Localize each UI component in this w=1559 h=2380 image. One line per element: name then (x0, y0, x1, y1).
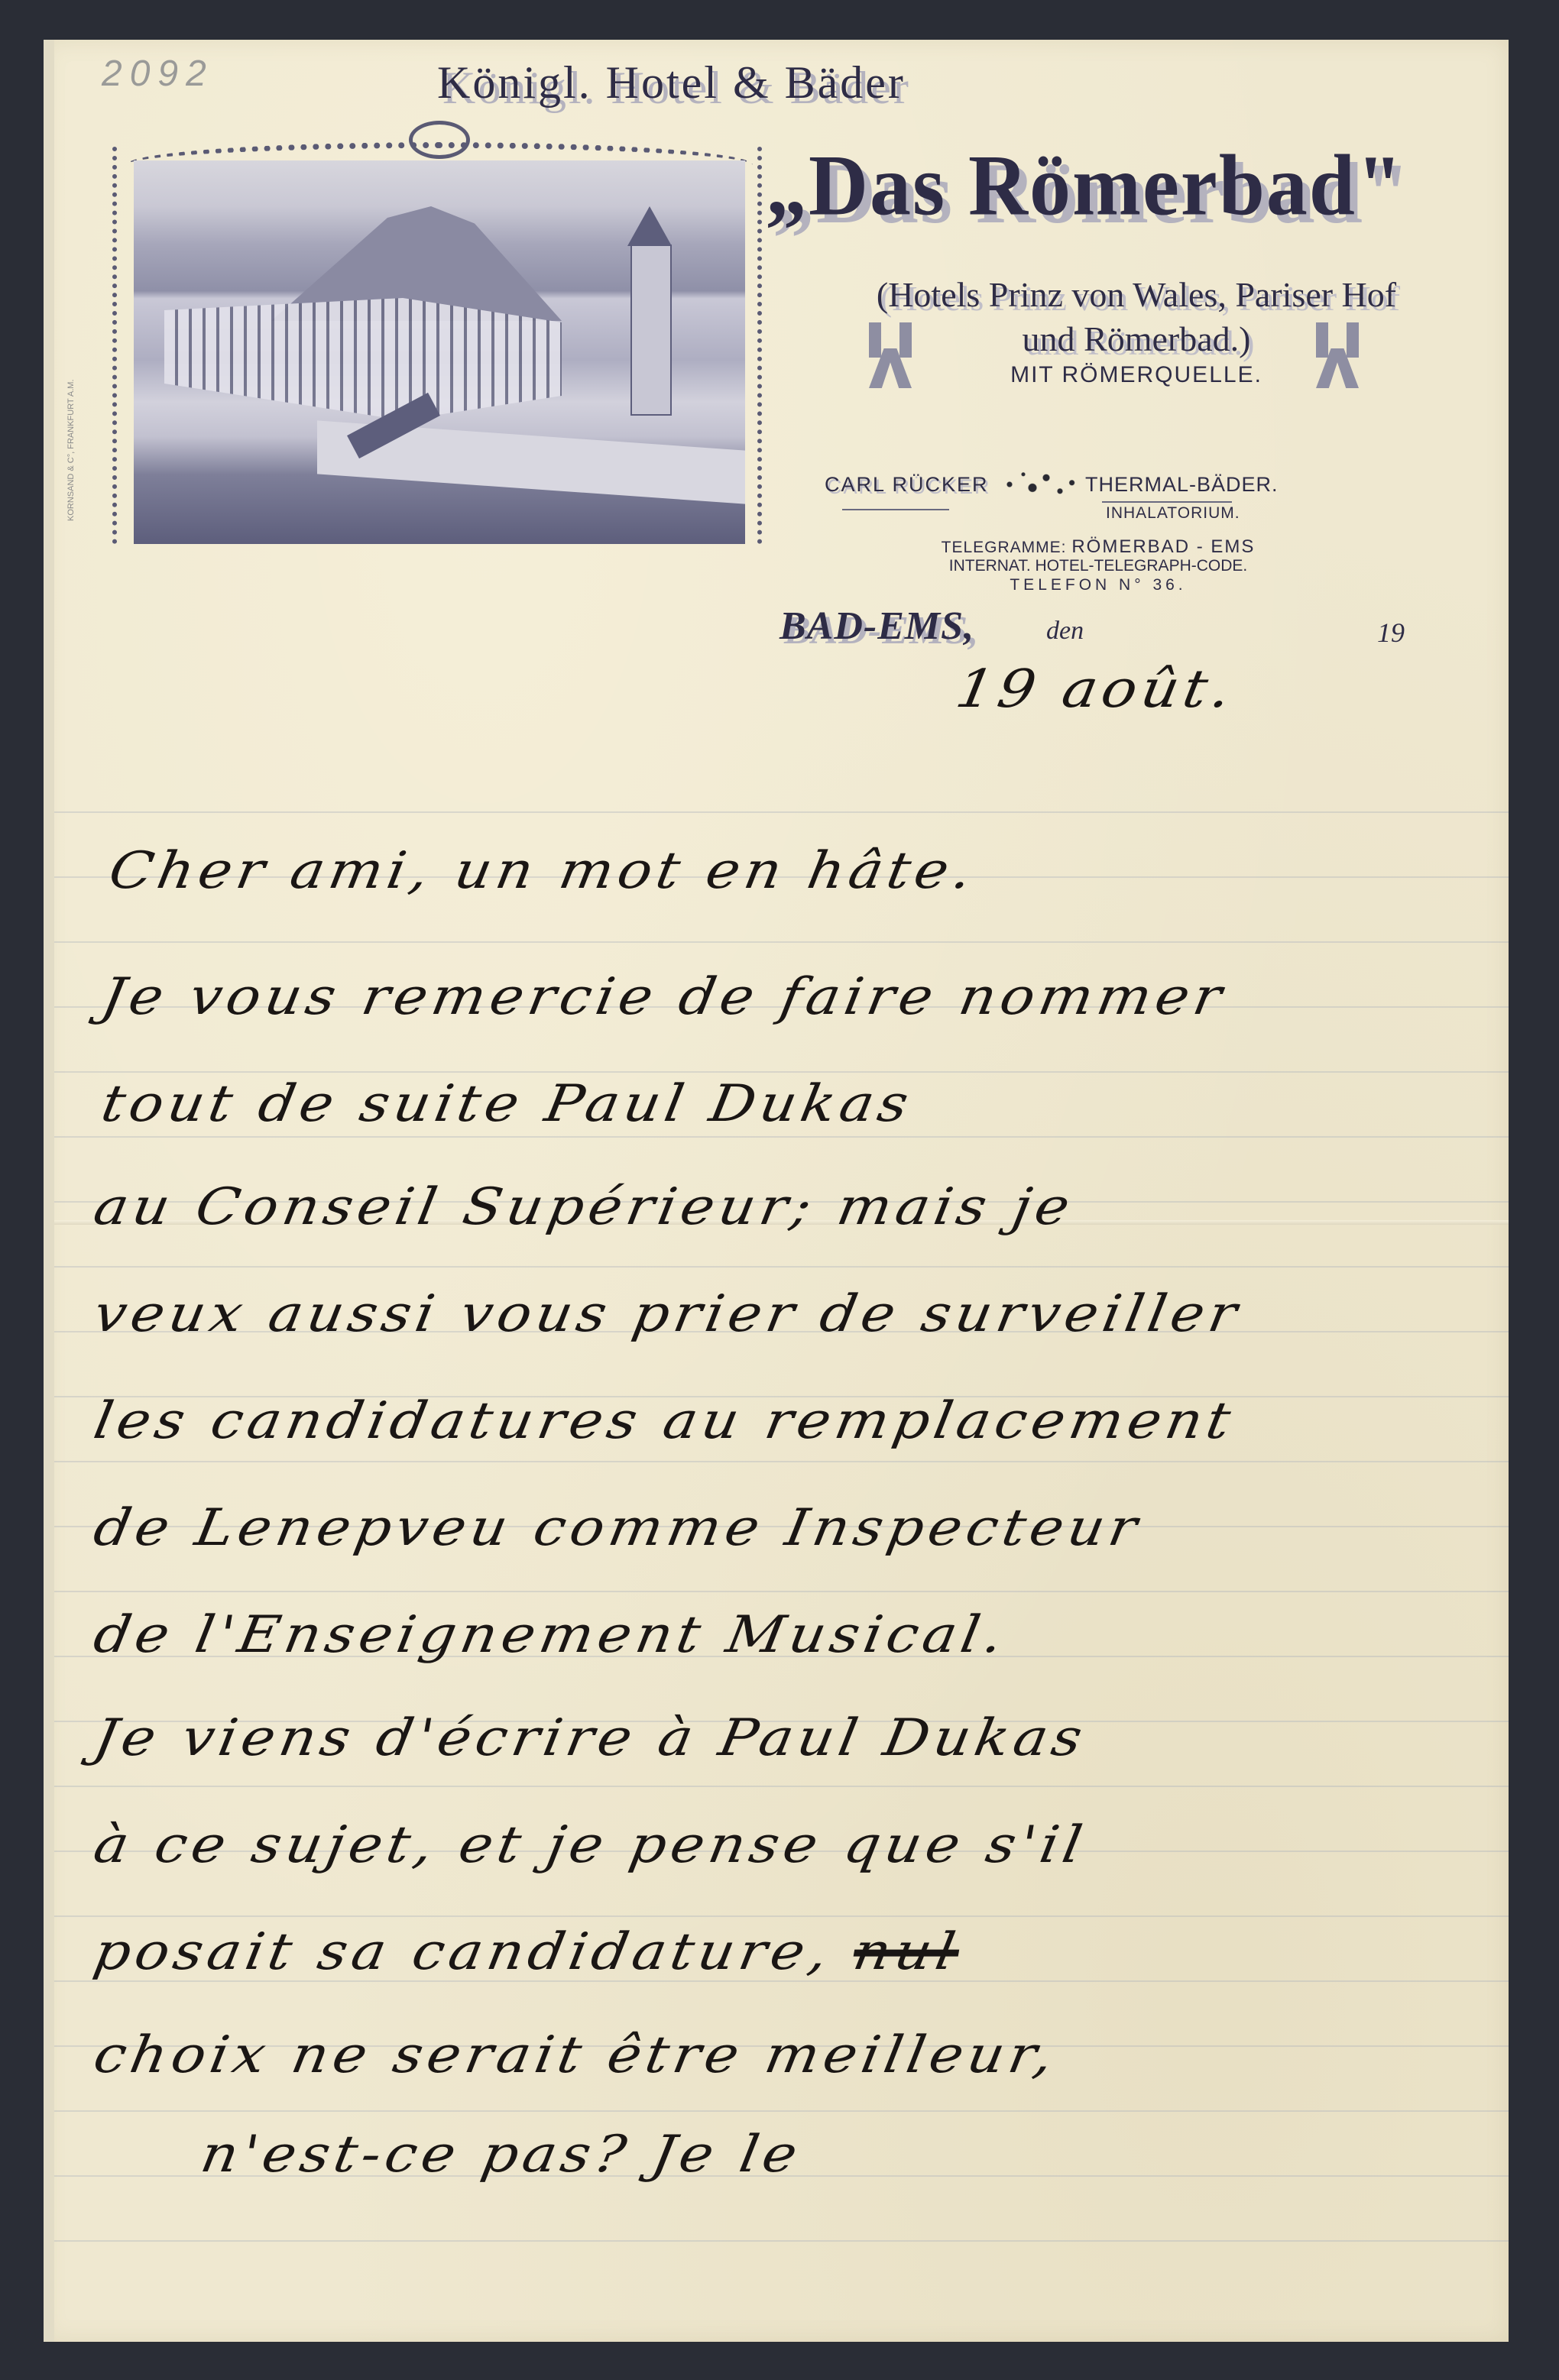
tower-roof-illustration (627, 206, 672, 246)
letterhead-telefon: TELEFON N° 36. (884, 576, 1312, 594)
printer-mark: KORNSAND & C°, FRANKFURT A.M. (66, 322, 76, 521)
letter-date: 19 août. (951, 658, 1240, 719)
telegramme-value: RÖMERBAD - EMS (1071, 536, 1255, 557)
telegramme-label: TELEGRAMME: (942, 539, 1067, 556)
letter-line: les candidatures au remplacement (89, 1391, 1240, 1450)
letter-line: posait sa candidature, nul (89, 1922, 964, 1981)
ornament-rule (842, 509, 949, 510)
bow-ornament-icon (409, 121, 470, 159)
letter-line: tout de suite Paul Dukas (97, 1074, 917, 1133)
letter-line: n'est-ce pas? Je le (196, 2125, 806, 2184)
letter-line: de l'Enseignement Musical. (89, 1605, 1012, 1664)
letterhead-quelle: MIT RÖMERQUELLE. (770, 362, 1503, 388)
letterhead-code: INTERNAT. HOTEL-TELEGRAPH-CODE. (884, 557, 1312, 575)
hotels-line-1: (Hotels Prinz von Wales, Pariser Hof (770, 273, 1503, 317)
ruled-line (54, 1461, 1509, 1462)
ruled-line (54, 1071, 1509, 1073)
ruled-line (54, 811, 1509, 813)
ruled-line (54, 2110, 1509, 2112)
letter-line: Je viens d'écrire à Paul Dukas (89, 1708, 1091, 1767)
letterhead-inhalatorium: INHALATORIUM. (1106, 504, 1240, 523)
letterhead-place: BAD-EMS, (779, 604, 974, 649)
letterhead-thermal: THERMAL-BÄDER. (1085, 473, 1279, 497)
letterhead-telegramme: TELEGRAMME: RÖMERBAD - EMS (884, 536, 1312, 558)
engraving-scene (134, 160, 745, 544)
ruled-line (54, 1266, 1509, 1268)
ruled-line (54, 1591, 1509, 1592)
letterhead-proprietor: CARL RÜCKER (825, 473, 989, 497)
ornament-rule (1102, 501, 1232, 503)
letter-line: Cher ami, un mot en hâte. (105, 841, 980, 900)
letter-line: choix ne serait être meilleur, (89, 2025, 1062, 2084)
letterhead-year: 19 (1377, 617, 1405, 649)
letter-line: à ce sujet, et je pense que s'il (89, 1815, 1091, 1874)
letter-line: Je vous remercie de faire nommer (97, 967, 1230, 1026)
letterhead-den: den (1046, 617, 1084, 646)
ink-stain (991, 468, 1083, 501)
letter-line: de Lenepveu comme Inspecteur (89, 1498, 1146, 1557)
ruled-line (54, 1136, 1509, 1138)
letter-paper: 2092 KORNSAND & C°, FRANKFURT A.M. König… (44, 40, 1509, 2342)
tower-illustration (630, 244, 672, 416)
hotel-building-illustration (164, 298, 562, 420)
ruled-line (54, 2240, 1509, 2242)
letterhead-brand: „Das Römerbad" (766, 137, 1499, 236)
ruled-line (54, 1786, 1509, 1787)
archive-number: 2092 (102, 53, 214, 95)
letter-line: veux aussi vous prier de surveiller (89, 1284, 1246, 1343)
hotel-engraving-image (134, 147, 745, 544)
paper-edge-strip (44, 40, 54, 2342)
vine-ornament-icon (112, 147, 128, 544)
letter-line-text: posait sa candidature, (89, 1922, 837, 1981)
ruled-line (54, 941, 1509, 943)
ruled-line (54, 1915, 1509, 1917)
letter-line: au Conseil Supérieur; mais je (89, 1177, 1078, 1236)
struck-word: nul (849, 1922, 964, 1981)
letterhead-title: Königl. Hotel & Bäder (437, 57, 1262, 109)
